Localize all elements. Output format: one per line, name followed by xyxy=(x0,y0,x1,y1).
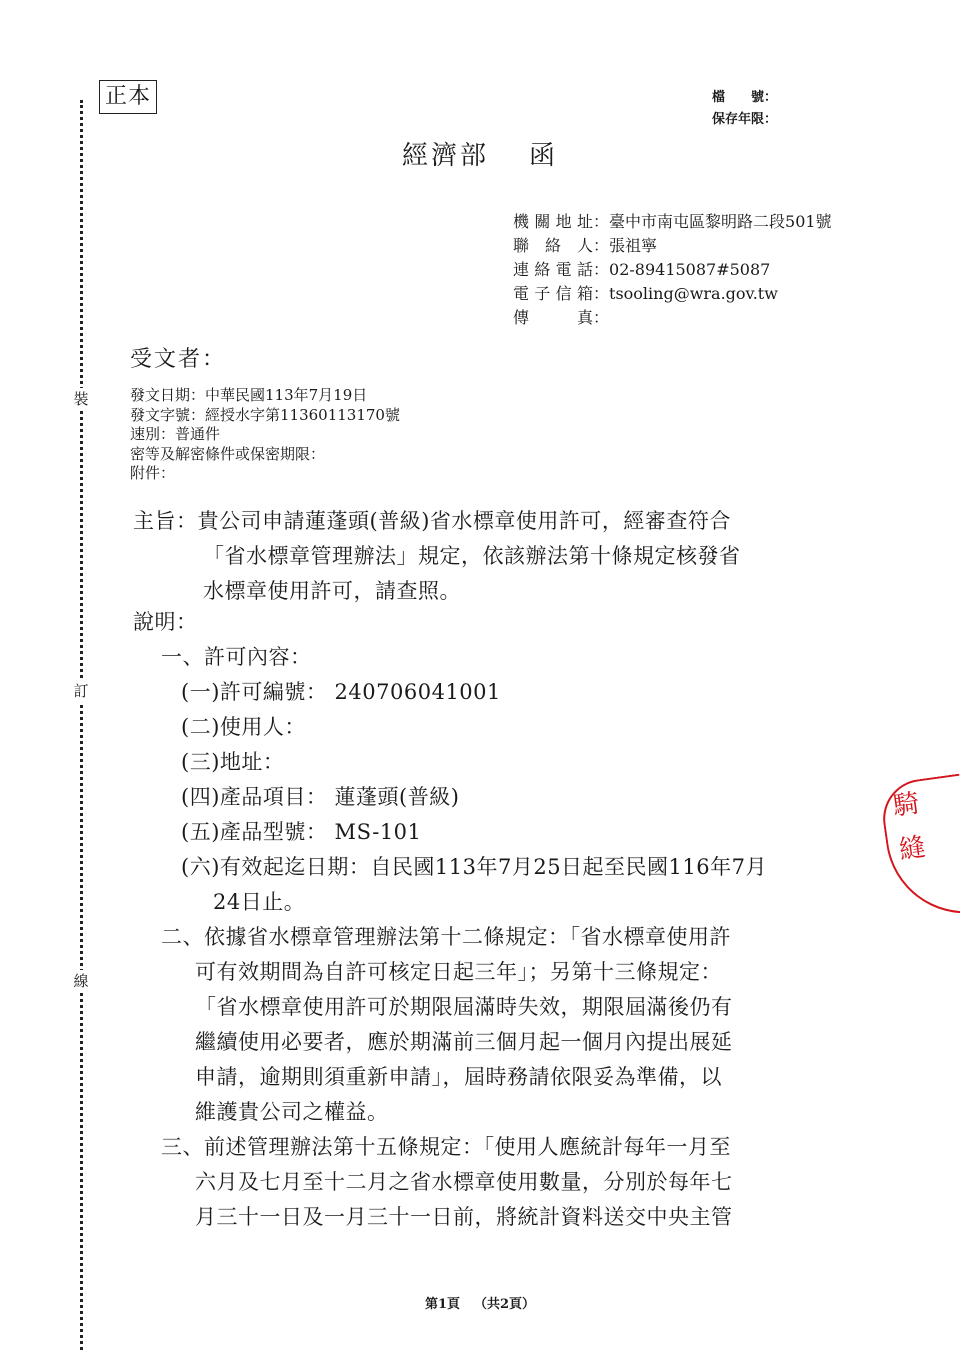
permit-address: (三)地址： xyxy=(133,745,767,780)
subject-line: 水標章使用許可，請查照。 xyxy=(133,574,741,609)
explanation-section: 說明： 一、許可內容： (一)許可編號： 240706041001 (二)使用人… xyxy=(133,605,767,1235)
confidentiality: 密等及解密條件或保密期限： xyxy=(130,445,400,465)
section2-line: 申請，逾期則須重新申請」，屆時務請依限妥為準備，以 xyxy=(133,1060,767,1095)
page-number: 第1頁 xyxy=(425,1297,460,1312)
contact-block: 機關地址：臺中市南屯區黎明路二段501號 聯絡人：張祖寧 連絡電話：02-894… xyxy=(513,210,832,330)
subject-line: 「省水標章管理辦法」規定，依該辦法第十條規定核發省 xyxy=(133,539,741,574)
page-total: （共2頁） xyxy=(474,1297,535,1312)
validity-period-cont: 24日止。 xyxy=(133,885,767,920)
section3-line: 三、前述管理辦法第十五條規定：「使用人應統計每年一月至 xyxy=(133,1130,767,1165)
product-item: (四)產品項目： 蓮蓬頭(普級) xyxy=(133,780,767,815)
retention-period-label: 保存年限： xyxy=(712,110,777,130)
binding-mark-ding: 訂 xyxy=(70,680,92,702)
section1-title: 一、許可內容： xyxy=(133,640,767,675)
validity-period: (六)有效起迄日期：自民國113年7月25日起至民國116年7月 xyxy=(133,850,767,885)
seal-char: 縫 xyxy=(896,819,960,872)
contact-phone: 連絡電話：02-89415087#5087 xyxy=(513,258,832,282)
binding-mark-xian: 線 xyxy=(70,970,92,992)
dispatch-date: 發文日期：中華民國113年7月19日 xyxy=(130,386,400,406)
section2-line: 二、依據省水標章管理辦法第十二條規定：「省水標章使用許 xyxy=(133,920,767,955)
contact-fax: 傳真： xyxy=(513,306,832,330)
section2-line: 可有效期間為自許可核定日起三年」；另第十三條規定： xyxy=(133,955,767,990)
explanation-heading: 說明： xyxy=(133,605,767,640)
document-title: 經濟部函 xyxy=(0,135,960,172)
section3-line: 六月及七月至十二月之省水標章使用數量，分別於每年七 xyxy=(133,1165,767,1200)
section2-line: 繼續使用必要者，應於期滿前三個月起一個月內提出展延 xyxy=(133,1025,767,1060)
urgency: 速別：普通件 xyxy=(130,425,400,445)
original-copy-stamp: 正本 xyxy=(99,80,157,114)
agency-name: 經濟部 xyxy=(402,141,489,171)
permit-user: (二)使用人： xyxy=(133,710,767,745)
page-footer: 第1頁（共2頁） xyxy=(0,1293,960,1312)
attachments: 附件： xyxy=(130,464,400,484)
section2-line: 維護貴公司之權益。 xyxy=(133,1095,767,1130)
binding-mark-zhuang: 裝 xyxy=(70,388,92,410)
subject-section: 主旨：貴公司申請蓮蓬頭(普級)省水標章使用許可，經審查符合 「省水標章管理辦法」… xyxy=(133,504,741,609)
dispatch-meta: 發文日期：中華民國113年7月19日 發文字號：經授水字第11360113170… xyxy=(130,386,400,484)
recipient-label: 受文者： xyxy=(130,342,226,373)
product-model: (五)產品型號： MS-101 xyxy=(133,815,767,850)
permit-number: (一)許可編號： 240706041001 xyxy=(133,675,767,710)
subject-line: 主旨：貴公司申請蓮蓬頭(普級)省水標章使用許可，經審查符合 xyxy=(133,504,741,539)
contact-person: 聯絡人：張祖寧 xyxy=(513,234,832,258)
seam-seal-stamp: 騎 縫 xyxy=(878,774,960,924)
dispatch-number: 發文字號：經授水字第11360113170號 xyxy=(130,406,400,426)
binding-dotted-line xyxy=(80,100,83,1350)
contact-address: 機關地址：臺中市南屯區黎明路二段501號 xyxy=(513,210,832,234)
section3-line: 月三十一日及一月三十一日前，將統計資料送交中央主管 xyxy=(133,1200,767,1235)
document-type: 函 xyxy=(529,141,558,171)
file-number-label: 檔 號： xyxy=(712,88,777,108)
section2-line: 「省水標章使用許可於期限屆滿時失效，期限屆滿後仍有 xyxy=(133,990,767,1025)
contact-email: 電子信箱：tsooling@wra.gov.tw xyxy=(513,282,832,306)
